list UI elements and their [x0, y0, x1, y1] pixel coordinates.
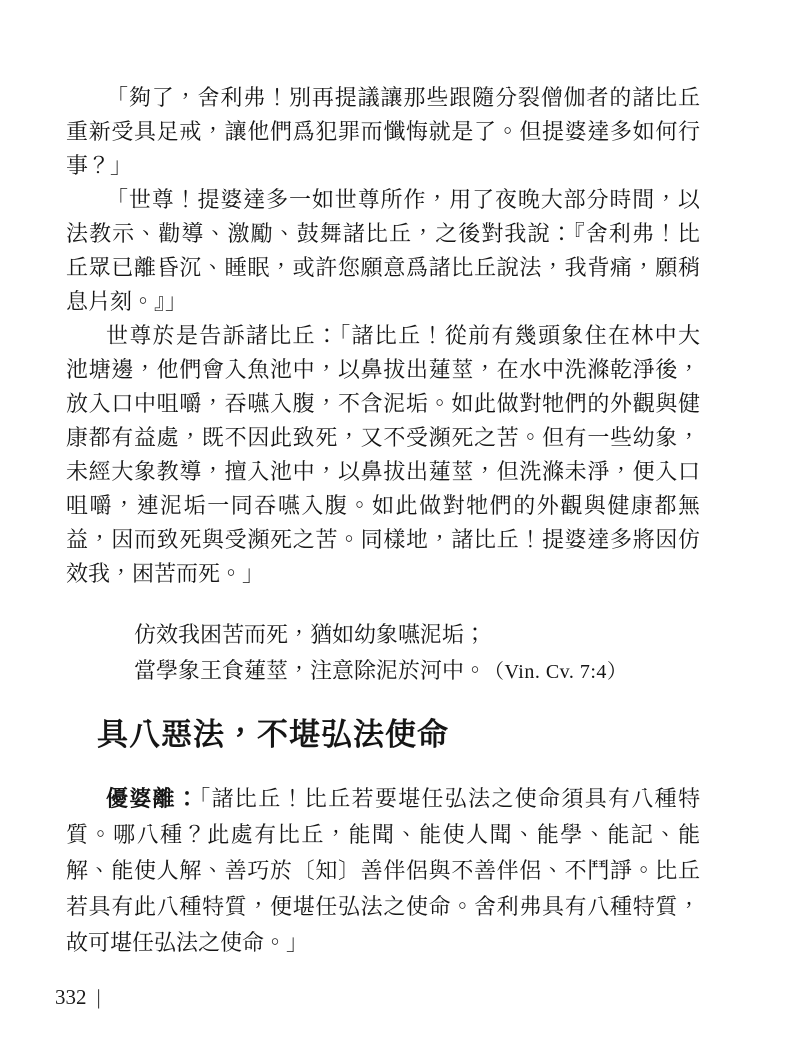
text-line: 效我，困苦而死。」: [66, 557, 700, 591]
main-text-block: 「夠了，舍利弗！別再提議讓那些跟隨分裂僧伽者的諸比丘 重新受具足戒，讓他們爲犯罪…: [66, 81, 700, 591]
page-number-divider: |: [97, 984, 101, 1010]
text-line: 放入口中咀嚼，吞嚥入腹，不含泥垢。如此做對牠們的外觀與健: [66, 387, 700, 421]
section-heading: 具八惡法，不堪弘法使命: [97, 712, 697, 758]
text-line: 重新受具足戒，讓他們爲犯罪而懺悔就是了。但提婆達多如何行: [66, 115, 700, 149]
text-line: 事？」: [66, 149, 700, 183]
text-line: 丘眾已離昏沉、睡眠，或許您願意爲諸比丘說法，我背痛，願稍: [66, 251, 700, 285]
text-line: 故可堪任弘法之使命。」: [66, 925, 700, 961]
paragraph-1: 「夠了，舍利弗！別再提議讓那些跟隨分裂僧伽者的諸比丘 重新受具足戒，讓他們爲犯罪…: [66, 81, 700, 183]
verse-line: 當學象王食蓮莖，注意除泥於河中。（Vin. Cv. 7:4）: [134, 653, 700, 690]
text-line: 若具有此八種特質，便堪任弘法之使命。舍利弗具有八種特質，: [66, 889, 700, 925]
page-number-value: 332: [55, 985, 87, 1009]
text-line: 法教示、勸導、激勵、鼓舞諸比丘，之後對我說：『舍利弗！比: [66, 217, 700, 251]
text-line: 質。哪八種？此處有比丘，能聞、能使人聞、能學、能記、能: [66, 817, 700, 853]
text-line: 未經大象教導，擅入池中，以鼻拔出蓮莖，但洗滌未淨，便入口: [66, 455, 700, 489]
text-line: 解、能使人解、善巧於〔知〕善伴侶與不善伴侶、不鬥諍。比丘: [66, 853, 700, 889]
speaker-name: 優婆離：: [106, 786, 199, 811]
verse-line: 仿效我困苦而死，猶如幼象嚥泥垢；: [134, 617, 700, 653]
text-line-rest: 「諸比丘！比丘若要堪任弘法之使命須具有八種特: [199, 786, 700, 811]
text-line: 世尊於是告訴諸比丘：「諸比丘！從前有幾頭象住在林中大: [66, 319, 700, 353]
speaker-paragraph: 優婆離：「諸比丘！比丘若要堪任弘法之使命須具有八種特 質。哪八種？此處有比丘，能…: [66, 781, 700, 961]
scripture-reference: （Vin. Cv. 7:4）: [494, 661, 627, 683]
verse-block: 仿效我困苦而死，猶如幼象嚥泥垢； 當學象王食蓮莖，注意除泥於河中。（Vin. C…: [66, 617, 700, 690]
paragraph-3: 世尊於是告訴諸比丘：「諸比丘！從前有幾頭象住在林中大 池塘邊，他們會入魚池中，以…: [66, 319, 700, 591]
text-line: 優婆離：「諸比丘！比丘若要堪任弘法之使命須具有八種特: [66, 781, 700, 817]
text-line: 益，因而致死與受瀕死之苦。同樣地，諸比丘！提婆達多將因仿: [66, 523, 700, 557]
text-line: 「世尊！提婆達多一如世尊所作，用了夜晚大部分時間，以: [66, 183, 700, 217]
text-line: 息片刻。』」: [66, 285, 700, 319]
page-number: 332|: [55, 984, 101, 1010]
text-line: 「夠了，舍利弗！別再提議讓那些跟隨分裂僧伽者的諸比丘: [66, 81, 700, 115]
book-page: 「夠了，舍利弗！別再提議讓那些跟隨分裂僧伽者的諸比丘 重新受具足戒，讓他們爲犯罪…: [0, 0, 792, 1056]
paragraph-2: 「世尊！提婆達多一如世尊所作，用了夜晚大部分時間，以 法教示、勸導、激勵、鼓舞諸…: [66, 183, 700, 319]
text-line: 池塘邊，他們會入魚池中，以鼻拔出蓮莖，在水中洗滌乾淨後，: [66, 353, 700, 387]
verse-line-text: 當學象王食蓮莖，注意除泥於河中。: [134, 658, 486, 683]
text-line: 咀嚼，連泥垢一同吞嚥入腹。如此做對牠們的外觀與健康都無: [66, 489, 700, 523]
text-line: 康都有益處，既不因此致死，又不受瀕死之苦。但有一些幼象，: [66, 421, 700, 455]
